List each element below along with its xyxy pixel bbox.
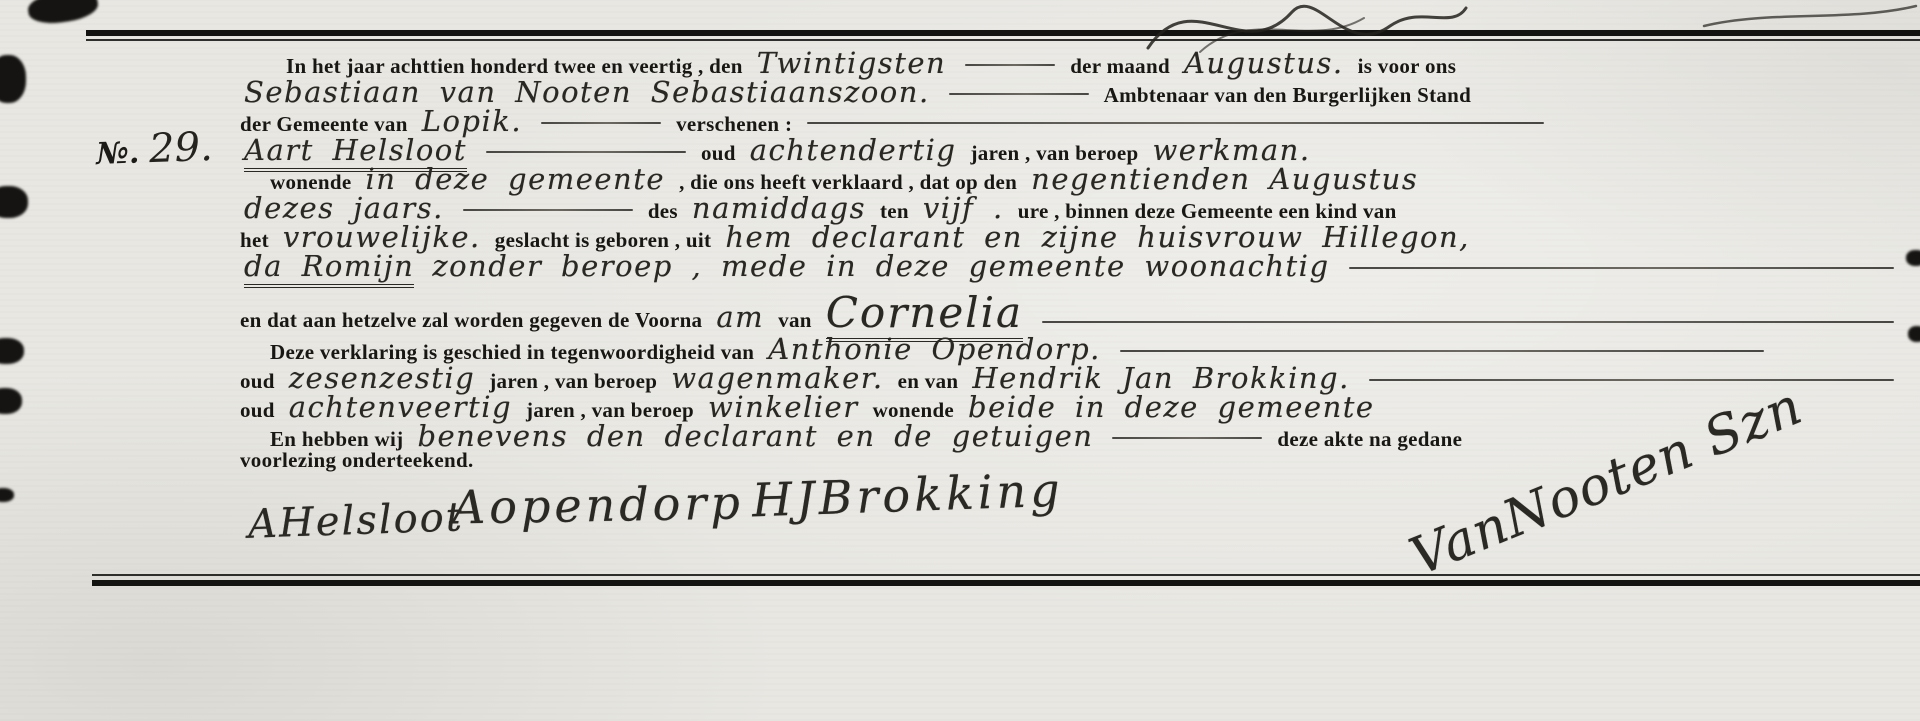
filler-line bbox=[1112, 437, 1262, 439]
scan-artifact bbox=[0, 55, 26, 103]
scan-artifact bbox=[0, 186, 28, 218]
filler-line bbox=[1042, 321, 1894, 323]
printed-is-voor-ons: is voor ons bbox=[1358, 54, 1457, 79]
doc-line: Sebastiaan van Nooten Sebastiaanszoon. A… bbox=[235, 75, 1904, 104]
bottom-border-rule bbox=[92, 574, 1920, 586]
entry-declarant-age: achtendertig bbox=[750, 133, 957, 167]
scan-artifact bbox=[26, 0, 99, 27]
document-page: №. 29. In het jaar achttien honderd twee… bbox=[0, 0, 1920, 721]
doc-line: oud zesenzestig jaren , van beroep wagen… bbox=[235, 361, 1904, 390]
printed-oud-w2: oud bbox=[240, 398, 275, 423]
printed-oud-w1: oud bbox=[240, 369, 275, 394]
entry-birth-date: negentienden Augustus bbox=[1031, 162, 1418, 196]
act-number: №. 29. bbox=[95, 124, 213, 174]
printed-der-maand: der maand bbox=[1070, 54, 1170, 79]
printed-ambtenaar: Ambtenaar van den Burgerlijken Stand bbox=[1104, 83, 1471, 108]
entry-mother-occupation: zonder beroep , mede in deze gemeente wo… bbox=[432, 249, 1329, 283]
printed-des: des bbox=[648, 199, 678, 224]
doc-line: In het jaar achttien honderd twee en vee… bbox=[235, 46, 1904, 75]
printed-deze-akte: deze akte na gedane bbox=[1277, 427, 1462, 452]
filler-line bbox=[463, 209, 633, 211]
printed-oud: oud bbox=[701, 141, 736, 166]
entry-registrar-name: Sebastiaan van Nooten Sebastiaanszoon. bbox=[244, 75, 930, 109]
scan-artifact bbox=[0, 388, 22, 414]
printed-en-van: en van bbox=[898, 369, 959, 394]
act-text-block: In het jaar achttien honderd twee en vee… bbox=[235, 46, 1904, 477]
doc-line: het vrouwelijke. geslacht is geboren , u… bbox=[235, 220, 1904, 249]
doc-line: wonende in deze gemeente , die ons heeft… bbox=[235, 162, 1904, 191]
filler-line bbox=[1349, 267, 1894, 269]
doc-line: oud achtenveertig jaren , van beroep win… bbox=[235, 390, 1904, 419]
top-border-rule bbox=[86, 30, 1920, 41]
act-number-label: №. bbox=[96, 136, 140, 172]
act-number-value: 29. bbox=[148, 124, 213, 172]
filler-line bbox=[949, 93, 1089, 95]
printed-voornaam: en dat aan hetzelve zal worden gegeven d… bbox=[240, 308, 702, 333]
filler-line bbox=[807, 122, 1544, 124]
entry-month: Augustus. bbox=[1184, 46, 1344, 80]
ink-flourish-right bbox=[1700, 0, 1920, 34]
doc-line: da Romijn zonder beroep , mede in deze g… bbox=[235, 249, 1904, 278]
printed-beroep-w1: jaren , van beroep bbox=[489, 369, 657, 394]
filler-line bbox=[541, 122, 661, 124]
printed-van: van bbox=[778, 308, 812, 333]
signature-declarant: AHelsloot bbox=[247, 494, 464, 548]
scan-artifact bbox=[1908, 326, 1920, 342]
filler-line bbox=[1120, 350, 1764, 352]
filler-line bbox=[1369, 379, 1894, 381]
filler-line bbox=[965, 64, 1055, 66]
scan-artifact bbox=[1906, 250, 1920, 266]
entry-voornaam-suffix: am bbox=[716, 300, 764, 334]
printed-voorlezing: voorlezing onderteekend. bbox=[240, 448, 474, 473]
doc-line: Deze verklaring is geschied in tegenwoor… bbox=[235, 332, 1904, 361]
filler-line bbox=[486, 151, 686, 153]
entry-signers: benevens den declarant en de getuigen bbox=[417, 419, 1093, 453]
doc-line: der Gemeente van Lopik. verschenen : bbox=[235, 104, 1904, 133]
scan-artifact bbox=[0, 338, 24, 364]
signature-witness2: HJBrokking bbox=[751, 463, 1064, 528]
entry-mother-name-cont: da Romijn bbox=[244, 249, 414, 288]
scan-artifact bbox=[0, 488, 14, 502]
doc-line: en dat aan hetzelve zal worden gegeven d… bbox=[235, 288, 1904, 332]
signature-witness1: Aopendorp bbox=[452, 475, 745, 534]
